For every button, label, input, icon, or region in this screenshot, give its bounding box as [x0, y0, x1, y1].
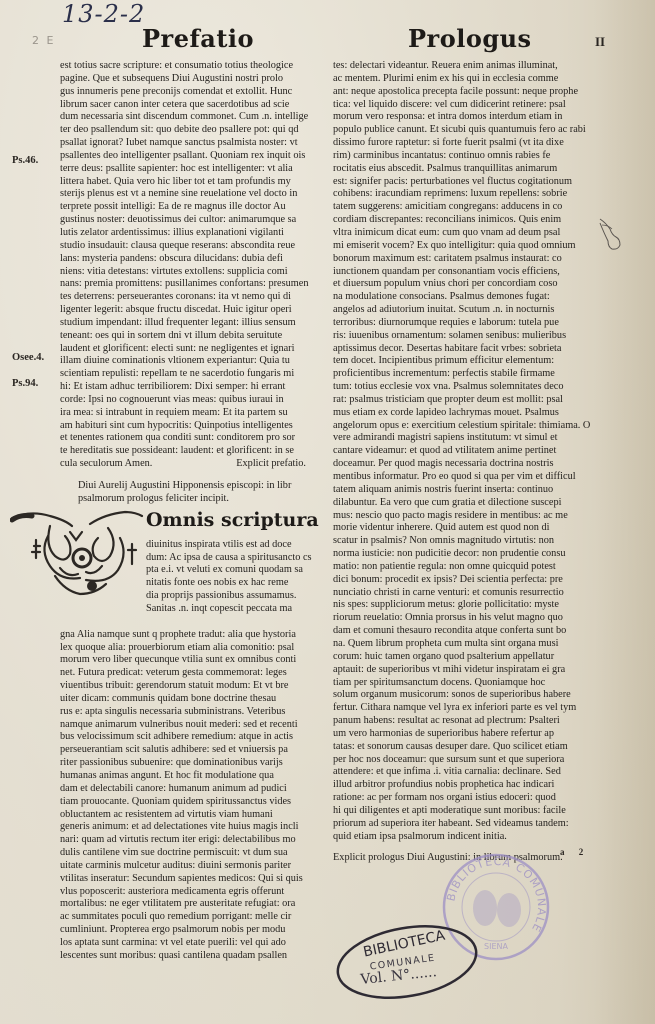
text-line: corde: Ipsi no cognouerunt vias meas: qu… — [60, 394, 312, 407]
prefatio-text: est totius sacre scripture: et consumati… — [60, 60, 312, 471]
marginal-note: Ps.94. — [12, 378, 38, 389]
text-line: lans: mysteria pandens: obscura dilucida… — [60, 253, 312, 266]
text-line: vtilitas inseratur: Secundum sapientes m… — [60, 873, 312, 886]
marginal-note: Ps.46. — [12, 155, 38, 166]
text-line: tica: vel liquido discere: vel cum didic… — [333, 99, 591, 112]
text-line: vere admirandi magistri sapiens institut… — [333, 432, 591, 445]
text-line: solum organum musicorum: sonos de superi… — [333, 689, 591, 702]
text-line: uiter dicam: communis quidam bone doctri… — [60, 693, 312, 706]
decorated-initial-o-icon — [10, 506, 150, 601]
text-line: sterijs plenus est vt a nemine sine reue… — [60, 188, 312, 201]
text-line: viuentibus tribuit: gerendorum statuit m… — [60, 680, 312, 693]
text-line: dum: Ac ipsa de causa a spiritusancto cs… — [146, 552, 312, 565]
text-line: illud arbitror profundius nobis propheti… — [333, 779, 591, 792]
manicule-icon — [598, 217, 622, 251]
text-line-with-explicit: cula seculorum Amen. Explicit prefatio. — [60, 458, 312, 471]
text-line: te hereditatis sue possideant: laudent: … — [60, 445, 312, 458]
text-line: nari: quam ad virtutis rectum iter erigi… — [60, 834, 312, 847]
text-line: cantare videamur: et quod ad vtilitatem … — [333, 445, 591, 458]
text-line: bonorum maximum est: caritatem psalmus i… — [333, 253, 591, 266]
text-line: lutis zelator ardentissimus: illius expl… — [60, 227, 312, 240]
decorated-initial-block: Omnis scriptura diuinitus inspirata vtil… — [60, 512, 312, 629]
text-line: namque animarum vulneribus nouit mederi:… — [60, 719, 312, 732]
text-line: teneant: oes qui in sortem dni vt illum … — [60, 330, 312, 343]
incipit-line: Diui Aurelij Augustini Hipponensis episc… — [78, 480, 312, 493]
running-head-left: Prefatio — [142, 24, 254, 53]
round-stamp-bottom-text: SIENA — [484, 942, 508, 951]
text-line: morum vero liber quecunque vtilia sunt e… — [60, 654, 312, 667]
text-line: panum habens: resultat ac resonat ad ple… — [333, 715, 591, 728]
text-line: scientiam repulisti: repellam te ne sace… — [60, 368, 312, 381]
text-line: ac mentem. Plurimi enim ex his qui in ec… — [333, 73, 591, 86]
text-line: illam diuine cominationis vltionem exper… — [60, 355, 312, 368]
text-line: tiam prouocante. Quoniam quidem spiritus… — [60, 796, 312, 809]
text-line: tatem suggerens: amicitiam congregans: a… — [333, 201, 591, 214]
text-line: rus e: apta singulis necessaria subminis… — [60, 706, 312, 719]
running-head-right: Prologus — [408, 24, 532, 53]
text-line: am habituri sint cum hypocritis: Quinpot… — [60, 420, 312, 433]
text-line: aptauit: de superioribus vt mihi videtur… — [333, 664, 591, 677]
text-line: norma iusticie: non pudicitie decor: non… — [333, 548, 591, 561]
text-line: rat: psalmus tristiciam que propter deum… — [333, 394, 591, 407]
text-line: est totius sacre scripture: et consumati… — [60, 60, 312, 73]
text-line: gus innumeris pene preconijs comendat et… — [60, 86, 312, 99]
text-line: mus: nescio quo pacto magis residere in … — [333, 510, 591, 523]
text-line: ratione: ac per formam nos organi istius… — [333, 792, 591, 805]
text-line: mentibus informatur. Pro eo quod si qua … — [333, 471, 591, 484]
text-line: uitate carminis mulcetur auditus: diuini… — [60, 860, 312, 873]
handwritten-shelfmark: 13-2-2 — [62, 0, 145, 28]
text-line: iunctionem quandam per consonantiam voci… — [333, 266, 591, 279]
text-line: mortalibus: ne eger vtilitatem pre auste… — [60, 898, 312, 911]
text-line: lescentes sunt moribus: quasi cantilena … — [60, 950, 312, 963]
oval-library-stamp-icon: BIBLIOTECA COMUNALE Vol. N°...... — [333, 922, 481, 1000]
right-column: tes: delectari videantur. Reuera enim an… — [333, 60, 591, 865]
text-line: diuinitus inspirata vtilis est ad doce — [146, 539, 312, 552]
text-line: morum vero responsa: et intra domos inte… — [333, 111, 591, 124]
text-line: gustinus noster: deuotissimus dei cultor… — [60, 214, 312, 227]
text-line: cordiam discrepantes: reconcilians inimi… — [333, 214, 591, 227]
text-line: tiam per spiritumsanctum docens. Quoniam… — [333, 677, 591, 690]
text-line: doceamur. Per quod magis necessaria doct… — [333, 458, 591, 471]
signature-mark: a 2 — [560, 847, 589, 857]
text-line: lex quoque alia: prouerbiorum etiam alia… — [60, 642, 312, 655]
section-gap — [60, 471, 312, 480]
text-line: librum sacer canon inter cetera que sace… — [60, 99, 312, 112]
left-column: est totius sacre scripture: et consumati… — [60, 60, 312, 963]
prologus-incipit-heading: Diui Aurelij Augustini Hipponensis episc… — [60, 480, 312, 506]
text-line: ter deo psallendum sit: quo debite deo p… — [60, 124, 312, 137]
text-line: morie videntur inherere. Quid autem est … — [333, 522, 591, 535]
text-line: studio insudauit: clausa queque reserans… — [60, 240, 312, 253]
text-line: rim) carminibus incantatus: continuo omn… — [333, 150, 591, 163]
text-line: nunciatio christi in carne venturi: et c… — [333, 587, 591, 600]
text-line: et tenentes rationem qua conditi sunt: c… — [60, 432, 312, 445]
text-line: Sanitas .n. inqt copescit peccata ma — [146, 603, 312, 616]
text-line: bus velocissimum scit adhibere remedium:… — [60, 731, 312, 744]
text-line: cumliniunt. Propterea ergo psalmorum nob… — [60, 924, 312, 937]
text-line: per hoc nos doceamur: que sursum sunt et… — [333, 754, 591, 767]
text-line: pta e.i. vt veluti ex comuni quodam sa — [146, 564, 312, 577]
text-line: dulis cantilene vim sue doctrine permisc… — [60, 847, 312, 860]
text-line: est: signifer pacis: perturbationes vel … — [333, 176, 591, 189]
text-line: ant: neque apostolica precepta facile po… — [333, 86, 591, 99]
text-line: perseuerantiam scit salutis adhibere: se… — [60, 744, 312, 757]
text-line: niens: vitia detestans: virtutes extolle… — [60, 266, 312, 279]
text-line: corum: huic tamen organo quod psalterium… — [333, 651, 591, 664]
text-line: na modulatione consocians. Psalmus demon… — [333, 291, 591, 304]
text-line: ris: iuuenibus ornamentum: solamen senib… — [333, 330, 591, 343]
text-line: dam et delectabili canore: humanum animu… — [60, 783, 312, 796]
text-line: psallentes deo intelligenter psallant. Q… — [60, 150, 312, 163]
text-line: gna Alia namque sunt q prophete tradut: … — [60, 629, 312, 642]
text-line: dissimo furore raptetur: si forte fuerit… — [333, 137, 591, 150]
explicit-prefatio: Explicit prefatio. — [236, 458, 306, 471]
text-line: dum necessaria sint discendum commonet. … — [60, 111, 312, 124]
text-line: ligenter legerit: absque fructu discedat… — [60, 304, 312, 317]
text-line: humanas animas angunt. Et hoc fit modula… — [60, 770, 312, 783]
text-line: scatur in psalmis? Non omnis magnitudo v… — [333, 535, 591, 548]
text-line: fertur. Cithara namque vel lyra ex infer… — [333, 702, 591, 715]
text-line: aptissimus decor. Desertas habitare faci… — [333, 343, 591, 356]
text-line: mi emiserit vocem? Ex quo intelligitur: … — [333, 240, 591, 253]
text-line: cohibens: iracundiam reprimens: luxum re… — [333, 188, 591, 201]
text-line: littera habet. Quia vero hic liber tot e… — [60, 176, 312, 189]
text-line: angelorum opus e: exercitium celestium s… — [333, 420, 591, 433]
text-line: dam et comuni thesauro recondita atque c… — [333, 625, 591, 638]
text-line: cula seculorum Amen. — [60, 458, 152, 469]
text-line: terre deus: psallite sapienter: hoc est … — [60, 163, 312, 176]
text-line: tatas: et sonorum causas desuper dare. Q… — [333, 741, 591, 754]
text-line: tes: delectari videantur. Reuera enim an… — [333, 60, 591, 73]
text-line: generis animum: et ad delectationes vite… — [60, 821, 312, 834]
text-line: na. Quem librum propheta cum multa sint … — [333, 638, 591, 651]
text-line: nis spes: suppliciorum metus: glorie pol… — [333, 599, 591, 612]
text-line: nitatis fonte oes nobis ex hac reme — [146, 577, 312, 590]
text-line: proficientibus incrementum: perfectis st… — [333, 368, 591, 381]
page-edge-shadow — [595, 0, 655, 1024]
folio-number: II — [595, 34, 605, 50]
text-line: priorum ad superiora iter habeant. Sed v… — [333, 818, 591, 831]
text-line: pagine. Que et subsequens Diui Augustini… — [60, 73, 312, 86]
text-line: ira mea: si intrabunt in requiem meam: E… — [60, 407, 312, 420]
text-line: et diuersum populum vnius chori per conc… — [333, 278, 591, 291]
text-line: tem docet. Incipientibus primum efficitu… — [333, 355, 591, 368]
incipit-line: psalmorum prologus feliciter incipit. — [78, 493, 312, 506]
text-line: rocitatis eius abscedit. Psalmus tranqui… — [333, 163, 591, 176]
initial-side-lines: diuinitus inspirata vtilis est ad doce d… — [146, 539, 312, 616]
initial-title: Omnis scriptura — [146, 514, 319, 527]
text-line: laudent et glorificent: electi sunt: ne … — [60, 343, 312, 356]
text-line: populo publice canunt. Et sicubi quis qu… — [333, 124, 591, 137]
text-line: matio: non patientie regula: non omne qu… — [333, 561, 591, 574]
text-line: quid etiam ipsa psalmorum indicent initi… — [333, 831, 591, 844]
text-line: um vero harmonias de superioribus habere… — [333, 728, 591, 741]
text-line: attendere: et que infima .i. vitia carna… — [333, 766, 591, 779]
text-line: studium impendant: illud frequenter lega… — [60, 317, 312, 330]
prologus-text: gna Alia namque sunt q prophete tradut: … — [60, 629, 312, 963]
text-line: hi: Et istam adhuc terribiliorem: Dixi s… — [60, 381, 312, 394]
text-line: net. Futura predicat: veterum gesta comm… — [60, 667, 312, 680]
text-line: terroribus: diurnorumque requies e labor… — [333, 317, 591, 330]
text-line: mus etiam ex corde lapideo lachrymas mou… — [333, 407, 591, 420]
text-line: psallat ignorat? Iubet namque sanctus ps… — [60, 137, 312, 150]
text-line: riter passionibus subuenire: que dominat… — [60, 757, 312, 770]
text-line: tes deterrens: perseuerantes coronans: i… — [60, 291, 312, 304]
text-line: dici bonum: procedit ex ipsis? Dei scien… — [333, 574, 591, 587]
text-line: angelos ad adiutorium inuitat. Scutum .n… — [333, 304, 591, 317]
text-line: tatem aliquam animis nostris fuerint ins… — [333, 484, 591, 497]
text-line: vltra inimicum dicat eum: cum quo vnam a… — [333, 227, 591, 240]
text-line: vlus poposcerit: austeriora medicamenta … — [60, 886, 312, 899]
text-line: riorum reuelatio: Omnia prorsus in his v… — [333, 612, 591, 625]
text-line: nans: premia promittens: pusillanimes co… — [60, 278, 312, 291]
marginal-note: Osee.4. — [12, 352, 44, 363]
text-line: dia proprijs passionibus assumamus. — [146, 590, 312, 603]
manuscript-page: 13-2-2 2 E Prefatio Prologus II Ps.46. O… — [0, 0, 655, 1024]
text-line: terprete possit intelligi: Ea de re magn… — [60, 201, 312, 214]
text-line: tum: totius ecclesie vox vna. Psalmus so… — [333, 381, 591, 394]
text-line: los aptata sunt carmina: vt vel etate pu… — [60, 937, 312, 950]
text-line: dilabuntur. Ea vero que cum gratia et di… — [333, 497, 591, 510]
text-line: obluctantem ac resistentem ad virtutis v… — [60, 809, 312, 822]
text-line: hi qui diligentes et apti moderatique su… — [333, 805, 591, 818]
pencil-mark: 2 E — [32, 34, 55, 47]
text-line: ac summitates poculi quo remedium porrig… — [60, 911, 312, 924]
